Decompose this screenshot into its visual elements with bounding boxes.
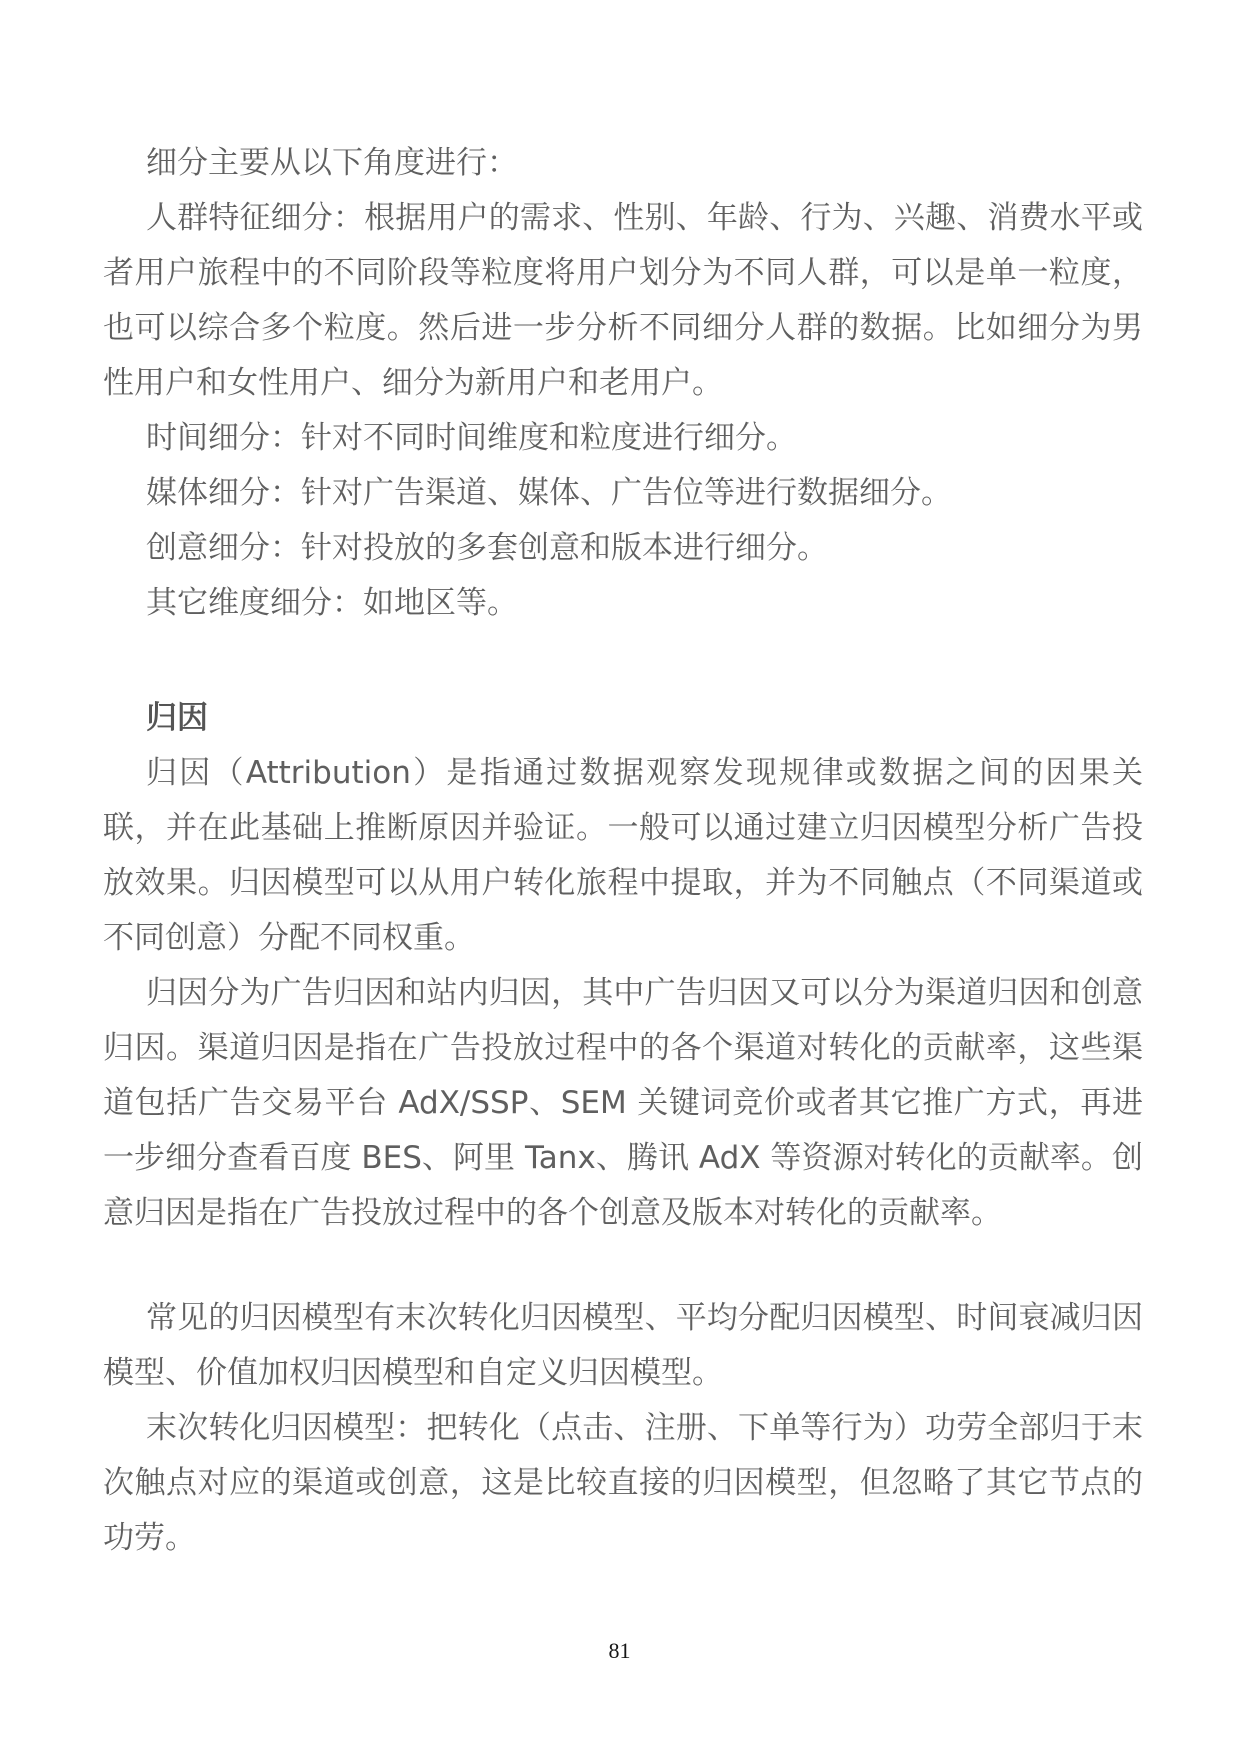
paragraph-attribution-types: 归因分为广告归因和站内归因，其中广告归因又可以分为渠道归因和创意归因。渠道归因是… [103, 966, 1143, 1241]
document-page: 细分主要从以下角度进行： 人群特征细分：根据用户的需求、性别、年龄、行为、兴趣、… [0, 0, 1239, 1754]
page-content: 细分主要从以下角度进行： 人群特征细分：根据用户的需求、性别、年龄、行为、兴趣、… [103, 136, 1143, 1566]
heading-attribution: 归因 [103, 691, 1143, 746]
paragraph-last-touch-model: 末次转化归因模型：把转化（点击、注册、下单等行为）功劳全部归于末次触点对应的渠道… [103, 1401, 1143, 1566]
paragraph-other-segmentation: 其它维度细分：如地区等。 [103, 576, 1143, 631]
paragraph-segmentation-intro: 细分主要从以下角度进行： [103, 136, 1143, 191]
paragraph-audience-segmentation: 人群特征细分：根据用户的需求、性别、年龄、行为、兴趣、消费水平或者用户旅程中的不… [103, 191, 1143, 411]
paragraph-attribution-models: 常见的归因模型有末次转化归因模型、平均分配归因模型、时间衰减归因模型、价值加权归… [103, 1291, 1143, 1401]
paragraph-time-segmentation: 时间细分：针对不同时间维度和粒度进行细分。 [103, 411, 1143, 466]
page-number: 81 [0, 1638, 1239, 1664]
paragraph-attribution-definition: 归因（Attribution）是指通过数据观察发现规律或数据之间的因果关联，并在… [103, 746, 1143, 966]
paragraph-creative-segmentation: 创意细分：针对投放的多套创意和版本进行细分。 [103, 521, 1143, 576]
paragraph-media-segmentation: 媒体细分：针对广告渠道、媒体、广告位等进行数据细分。 [103, 466, 1143, 521]
